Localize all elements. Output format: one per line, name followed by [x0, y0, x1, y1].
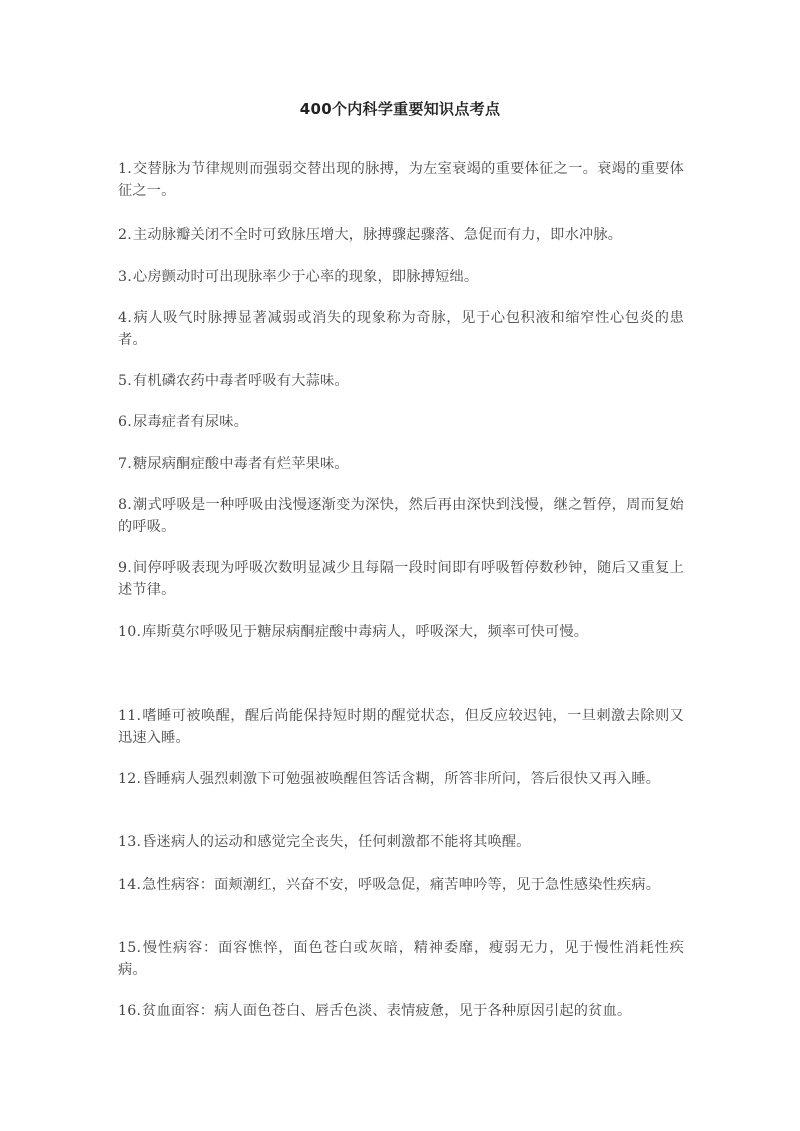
item-number: 10.	[118, 624, 141, 640]
item-number: 6.	[118, 414, 132, 430]
knowledge-point-11: 11.嗜睡可被唤醒，醒后尚能保持短时期的醒觉状态，但反应较迟钝，一旦刺激去除则又…	[118, 705, 684, 749]
item-number: 12.	[118, 771, 141, 787]
knowledge-point-16: 16.贫血面容：病人面色苍白、唇舌色淡、表情疲惫，见于各种原因引起的贫血。	[118, 1000, 684, 1022]
knowledge-point-8: 8.潮式呼吸是一种呼吸由浅慢逐渐变为深快，然后再由深快到浅慢，继之暂停，周而复始…	[118, 494, 684, 538]
knowledge-point-15: 15.慢性病容：面容憔悴，面色苍白或灰暗，精神委靡，瘦弱无力，见于慢性消耗性疾病…	[118, 937, 684, 981]
knowledge-point-12: 12.昏睡病人强烈刺激下可勉强被唤醒但答话含糊，所答非所问，答后很快又再入睡。	[118, 768, 684, 790]
knowledge-point-10: 10.库斯莫尔呼吸见于糖尿病酮症酸中毒病人，呼吸深大，频率可快可慢。	[118, 621, 684, 643]
item-text: 糖尿病酮症酸中毒者有烂苹果味。	[133, 456, 349, 472]
item-number: 14.	[118, 877, 141, 893]
item-text: 潮式呼吸是一种呼吸由浅慢逐渐变为深快，然后再由深快到浅慢，继之暂停，周而复始的呼…	[118, 497, 684, 535]
item-number: 5.	[118, 373, 132, 389]
knowledge-point-14: 14.急性病容：面颊潮红，兴奋不安，呼吸急促，痛苦呻吟等，见于急性感染性疾病。	[118, 874, 684, 896]
document-page: 400个内科学重要知识点考点 1.交替脉为节律规则而强弱交替出现的脉搏，为左室衰…	[0, 0, 800, 1131]
knowledge-point-4: 4.病人吸气时脉搏显著减弱或消失的现象称为奇脉，见于心包积液和缩窄性心包炎的患者…	[118, 307, 684, 351]
knowledge-point-9: 9.间停呼吸表现为呼吸次数明显减少且每隔一段时间即有呼吸暂停数秒钟，随后又重复上…	[118, 557, 684, 601]
item-number: 2.	[118, 227, 132, 243]
item-number: 9.	[118, 560, 132, 576]
item-text: 病人吸气时脉搏显著减弱或消失的现象称为奇脉，见于心包积液和缩窄性心包炎的患者。	[118, 310, 684, 348]
item-number: 16.	[118, 1003, 141, 1019]
item-text: 慢性病容：面容憔悴，面色苍白或灰暗，精神委靡，瘦弱无力，见于慢性消耗性疾病。	[118, 940, 684, 978]
item-text: 心房颤动时可出现脉率少于心率的现象，即脉搏短绌。	[133, 269, 478, 285]
item-number: 3.	[118, 269, 132, 285]
item-text: 昏迷病人的运动和感觉完全丧失，任何刺激都不能将其唤醒。	[142, 834, 530, 850]
item-number: 13.	[118, 834, 141, 850]
knowledge-point-13: 13.昏迷病人的运动和感觉完全丧失，任何刺激都不能将其唤醒。	[118, 831, 684, 853]
item-number: 4.	[118, 310, 132, 326]
knowledge-point-3: 3.心房颤动时可出现脉率少于心率的现象，即脉搏短绌。	[118, 266, 684, 288]
item-text: 尿毒症者有尿味。	[133, 414, 248, 430]
item-text: 昏睡病人强烈刺激下可勉强被唤醒但答话含糊，所答非所问，答后很快又再入睡。	[142, 771, 660, 787]
item-text: 主动脉瓣关闭不全时可致脉压增大，脉搏骤起骤落、急促而有力，即水冲脉。	[133, 227, 622, 243]
knowledge-point-1: 1.交替脉为节律规则而强弱交替出现的脉搏，为左室衰竭的重要体征之一。衰竭的重要体…	[118, 158, 684, 202]
item-text: 库斯莫尔呼吸见于糖尿病酮症酸中毒病人，呼吸深大，频率可快可慢。	[142, 624, 588, 640]
knowledge-point-7: 7.糖尿病酮症酸中毒者有烂苹果味。	[118, 453, 684, 475]
item-number: 7.	[118, 456, 132, 472]
item-text: 急性病容：面颊潮红，兴奋不安，呼吸急促，痛苦呻吟等，见于急性感染性疾病。	[142, 877, 660, 893]
item-number: 8.	[118, 497, 132, 513]
item-text: 嗜睡可被唤醒，醒后尚能保持短时期的醒觉状态，但反应较迟钝，一旦刺激去除则又迅速入…	[118, 708, 684, 746]
item-number: 15.	[118, 940, 141, 956]
item-text: 交替脉为节律规则而强弱交替出现的脉搏，为左室衰竭的重要体征之一。衰竭的重要体征之…	[118, 161, 684, 199]
item-text: 间停呼吸表现为呼吸次数明显减少且每隔一段时间即有呼吸暂停数秒钟，随后又重复上述节…	[118, 560, 684, 598]
knowledge-point-6: 6.尿毒症者有尿味。	[118, 411, 684, 433]
knowledge-point-2: 2.主动脉瓣关闭不全时可致脉压增大，脉搏骤起骤落、急促而有力，即水冲脉。	[118, 224, 684, 246]
item-number: 1.	[118, 161, 132, 177]
document-title: 400个内科学重要知识点考点	[0, 98, 800, 119]
item-number: 11.	[118, 708, 141, 724]
item-text: 贫血面容：病人面色苍白、唇舌色淡、表情疲惫，见于各种原因引起的贫血。	[142, 1003, 631, 1019]
knowledge-point-5: 5.有机磷农药中毒者呼吸有大蒜味。	[118, 370, 684, 392]
item-text: 有机磷农药中毒者呼吸有大蒜味。	[133, 373, 349, 389]
